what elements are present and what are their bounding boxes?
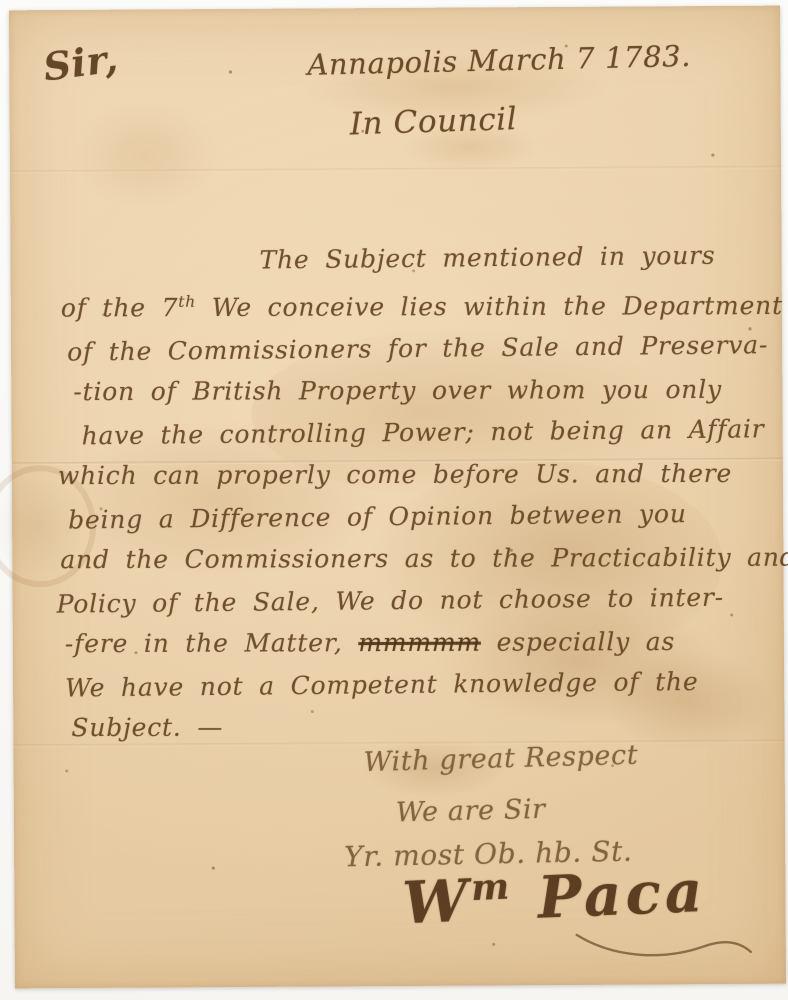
body-line: being a Difference of Opinion between yo… [56, 493, 762, 542]
paper-speckles [9, 10, 11, 12]
salutation: Sir, [41, 35, 121, 89]
body-line: The Subject mentioned in yours [54, 234, 760, 283]
body-line: have the controlling Power; not being an… [55, 409, 761, 458]
body-text: and the Commissioners as to the Practica… [60, 543, 788, 575]
body-text: which can properly come before Us. and t… [58, 459, 732, 490]
body-text: especially as [481, 627, 675, 657]
body-text: Policy of the Sale, We do not choose to … [56, 583, 724, 619]
struck-out-word: mmmmm [358, 628, 481, 657]
body-line: of the Commissioners for the Sale and Pr… [55, 325, 761, 374]
body-line: -tion of British Property over whom you … [55, 369, 761, 413]
signature-initial: W [401, 866, 473, 937]
body-text: of the Commissioners for the Sale and Pr… [67, 330, 768, 366]
body-line: Policy of the Sale, We do not choose to … [56, 577, 762, 626]
body-line: We have not a Competent knowledge of the [57, 661, 763, 710]
body-text: We have not a Competent knowledge of the [65, 667, 699, 703]
scan-background: Sir, Annapolis March 7 1783. In Council … [0, 0, 788, 1000]
body-text: being a Difference of Opinion between yo… [68, 499, 687, 534]
letter-page: Sir, Annapolis March 7 1783. In Council … [9, 6, 786, 989]
body-text: -fere in the Matter, [65, 628, 359, 658]
body-line: -fere in the Matter, mmmmm especially as [57, 621, 763, 665]
body-text: The Subject mentioned in yours [259, 241, 715, 275]
body-line: which can properly come before Us. and t… [56, 453, 762, 497]
body-line: and the Commissioners as to the Practica… [56, 537, 762, 581]
body-text: We conceive lies within the Department [196, 291, 783, 322]
stain [70, 99, 221, 210]
signature-surname: Paca [512, 857, 707, 933]
body-text: have the controlling Power; not being an… [81, 415, 764, 451]
letter-body: The Subject mentioned in yoursof the 7th… [54, 236, 763, 751]
body-text: of the 7 [61, 293, 179, 322]
body-text: -tion of British Property over whom you … [73, 375, 722, 406]
heading-in-council: In Council [349, 101, 518, 142]
body-text: th [178, 293, 196, 311]
body-line: of the 7th We conceive lies within the D… [55, 279, 761, 330]
body-line: Subject. — [57, 705, 763, 749]
signature-wm-paca: Wm Paca [401, 857, 707, 937]
closing-respect: With great Respect [363, 740, 638, 778]
closing-we-are-sir: We are Sir [396, 794, 546, 829]
signature-flourish [575, 924, 755, 965]
fold-line [10, 166, 781, 174]
body-text: Subject. — [71, 713, 223, 743]
signature-superscript: m [470, 865, 514, 909]
dateline: Annapolis March 7 1783. [307, 39, 691, 82]
